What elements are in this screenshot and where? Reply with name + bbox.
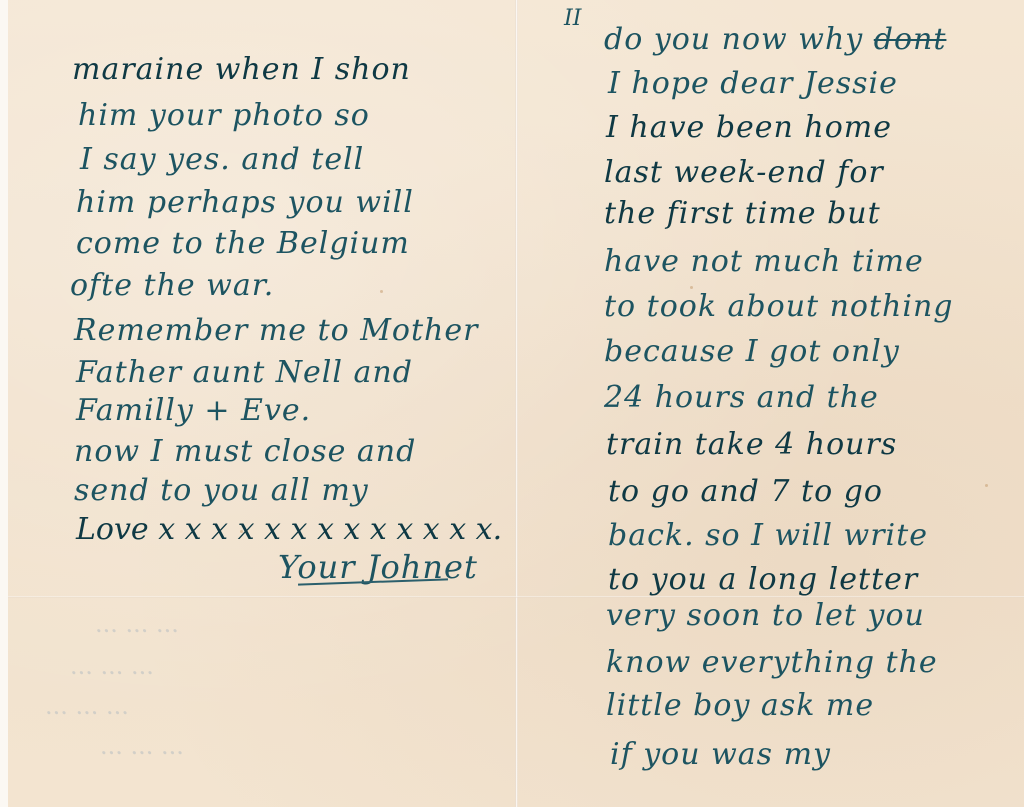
letter-line: because I got only	[604, 334, 900, 369]
left-page: maraine when I shon him your photo so I …	[8, 0, 515, 807]
letter-line: know everything the	[606, 645, 938, 680]
letter-line: very soon to let you	[606, 598, 925, 633]
letter-line: the first time but	[604, 196, 881, 231]
letter-line: to you a long letter	[608, 562, 918, 597]
letter-line: to go and 7 to go	[608, 474, 883, 509]
letter-line: I hope dear Jessie	[608, 66, 898, 101]
letter-line: last week-end for	[604, 155, 884, 190]
letter-line: now I must close and	[74, 434, 416, 469]
letter-line: 24 hours and the	[604, 380, 879, 415]
letter-line: ofte the war.	[70, 268, 274, 303]
letter-line: come to the Belgium	[76, 226, 410, 261]
paper-spot	[380, 290, 383, 293]
letter-line: back. so I will write	[608, 518, 928, 553]
letter-line: Father aunt Nell and	[76, 355, 413, 390]
letter-line: I say yes. and tell	[80, 142, 364, 177]
paper-spot	[690, 286, 693, 289]
letter-line: him your photo so	[78, 98, 370, 133]
letter-line: him perhaps you will	[76, 185, 414, 220]
page-number: II	[564, 6, 581, 31]
letter-line: train take 4 hours	[606, 427, 897, 462]
letter-line: do you now why dont	[604, 22, 946, 57]
letter-line: Familly + Eve.	[76, 393, 311, 428]
letter-line: maraine when I shon	[72, 52, 411, 87]
struck-word: dont	[874, 22, 947, 57]
first-line-text: do you now why	[604, 22, 874, 57]
paper-spot	[240, 530, 243, 533]
paper-spot	[985, 484, 988, 487]
scan-edge	[0, 0, 8, 807]
right-page: II do you now why dont I hope dear Jessi…	[518, 0, 1024, 807]
letter-line: I have been home	[606, 110, 892, 145]
letter-line: little boy ask me	[606, 688, 874, 723]
letter-line: have not much time	[604, 244, 924, 279]
letter-line-kisses: Love x x x x x x x x x x x x x.	[76, 512, 502, 547]
letter-line: send to you all my	[74, 473, 369, 508]
letter-line: Remember me to Mother	[74, 313, 478, 348]
letter-line: to took about nothing	[604, 289, 954, 324]
letter-line: if you was my	[610, 737, 831, 772]
